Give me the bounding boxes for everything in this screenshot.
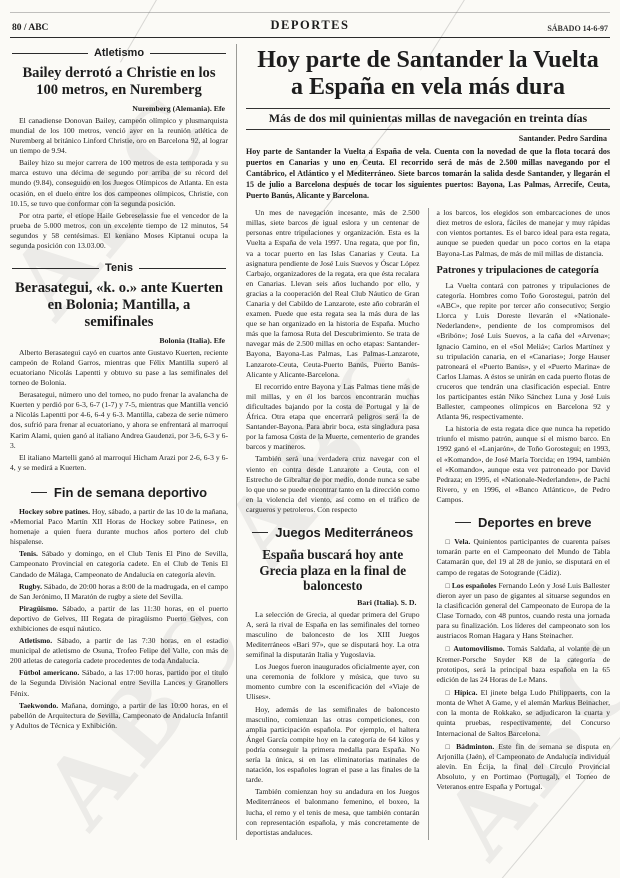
article-crosshead: Patrones y tripulaciones de categoría	[437, 265, 611, 277]
article-body: La selección de Grecia, al quedar primer…	[246, 610, 420, 838]
article-body: El canadiense Donovan Bailey, campeón ol…	[10, 116, 228, 251]
brief-lead: Los españoles	[452, 581, 497, 590]
agenda-item: Piragüismo. Sábado, a partir de las 11:3…	[10, 604, 228, 634]
issue-date: SÁBADO 14-6-97	[349, 24, 608, 33]
article-paragraph: a los barcos, los elegidos son embarcaci…	[437, 208, 611, 258]
brief-item: □ Bádminton. Este fin de semana se dispu…	[437, 742, 611, 793]
article-intro: Hoy parte de Santander la Vuelta a Españ…	[246, 146, 610, 201]
rule	[31, 492, 47, 493]
article-paragraph: Los Juegos fueron inaugurados oficialmen…	[246, 662, 420, 702]
brief-item: □ Los españoles Fernando León y José Lui…	[437, 581, 611, 642]
section-title-juegos: Juegos Mediterráneos	[246, 525, 420, 540]
article-paragraph: Por otra parte, el etíope Haile Gebresel…	[10, 211, 228, 251]
masthead: 80 / ABC DEPORTES SÁBADO 14-6-97	[10, 12, 610, 38]
rule	[12, 268, 99, 269]
article-atletismo: Atletismo Bailey derrotó a Christie en l…	[10, 47, 228, 251]
kicker-label: Atletismo	[94, 47, 144, 59]
agenda-item-text: Sábado y domingo, en el Club Tenis El Pi…	[10, 549, 228, 578]
article-paragraph: El canadiense Donovan Bailey, campeón ol…	[10, 116, 228, 156]
square-bullet-icon: □	[446, 743, 452, 751]
main-subhead: Más de dos mil quinientas millas de nave…	[248, 112, 608, 126]
article-headline: España buscará hoy ante Grecia plaza en …	[248, 547, 418, 594]
newspaper-page: ABC ABC ABC ABC 80 / ABC DEPORTES SÁBADO…	[0, 0, 620, 878]
brief-lead: Vela.	[454, 537, 470, 546]
square-bullet-icon: □	[446, 689, 451, 697]
article-subcolumn-left: Un mes de navegación incesante, más de 2…	[246, 208, 428, 840]
byline: Santander. Pedro Sardina	[249, 134, 607, 143]
article-tenis: Tenis Berasategui, «k. o.» ante Kuerten …	[10, 262, 228, 473]
kicker-label: Tenis	[105, 262, 133, 274]
right-column: Hoy parte de Santander la Vuelta a Españ…	[237, 44, 610, 840]
agenda-item: Rugby. Sábado, de 20:00 horas a 8:00 de …	[10, 582, 228, 602]
square-bullet-icon: □	[446, 582, 450, 590]
article-paragraph: El italiano Martelli ganó al marroquí Hi…	[10, 453, 228, 473]
section-title-fin-de-semana: Fin de semana deportivo	[10, 485, 228, 500]
section-label: Juegos Mediterráneos	[275, 525, 413, 540]
briefs-list: □ Vela. Quinientos participantes de cuar…	[437, 537, 611, 792]
agenda-item: Hockey sobre patines. Hoy, sábado, a par…	[10, 507, 228, 547]
page-content: Atletismo Bailey derrotó a Christie en l…	[10, 44, 610, 840]
dateline: Bari (Italia). S. D.	[249, 598, 417, 607]
dateline: Nuremberg (Alemania). Efe	[13, 104, 225, 113]
brief-lead: Hípica.	[454, 688, 477, 697]
agenda-item: Atletismo. Sábado, a partir de las 7:30 …	[10, 636, 228, 666]
page-number-label: 80 / ABC	[12, 23, 271, 33]
rule	[12, 53, 88, 54]
agenda-item: Fútbol americano. Sábado, a las 17:00 ho…	[10, 668, 228, 698]
section-deportes-en-breve: Deportes en breve □ Vela. Quinientos par…	[437, 515, 611, 792]
article-body: La Vuelta contará con patrones y tripula…	[437, 281, 611, 505]
agenda-item-sport: Atletismo.	[19, 636, 52, 645]
section-kicker-tenis: Tenis	[12, 262, 226, 274]
article-body: a los barcos, los elegidos son embarcaci…	[437, 208, 611, 258]
agenda-item-sport: Tenis.	[19, 549, 38, 558]
rule	[150, 53, 226, 54]
article-subcolumn-right: a los barcos, los elegidos son embarcaci…	[429, 208, 611, 840]
square-bullet-icon: □	[446, 538, 452, 546]
article-columns: Un mes de navegación incesante, más de 2…	[246, 208, 610, 840]
agenda-item-sport: Hockey sobre patines.	[19, 507, 90, 516]
section-title-breves: Deportes en breve	[437, 515, 611, 530]
article-paragraph: También será una verdadera cruz navegar …	[246, 454, 420, 515]
agenda-item-text: Sábado, de 20:00 horas a 8:00 de la madr…	[10, 582, 228, 601]
article-paragraph: Hoy, además de las semifinales de balonc…	[246, 705, 420, 786]
agenda-item: Taekwondo. Mañana, domingo, a partir de …	[10, 701, 228, 731]
square-bullet-icon: □	[446, 645, 451, 653]
section-label: Fin de semana deportivo	[54, 485, 207, 500]
subhead-block: Más de dos mil quinientas millas de nave…	[246, 108, 610, 130]
article-body: Un mes de navegación incesante, más de 2…	[246, 208, 420, 515]
section-kicker-atletismo: Atletismo	[12, 47, 226, 59]
main-headline: Hoy parte de Santander la Vuelta a Españ…	[250, 47, 606, 101]
section-fin-de-semana: Fin de semana deportivo Hockey sobre pat…	[10, 485, 228, 731]
brief-item: □ Vela. Quinientos participantes de cuar…	[437, 537, 611, 578]
article-paragraph: Alberto Berasategui cayó en cuartos ante…	[10, 348, 228, 388]
article-paragraph: Bailey hizo su mejor carrera de 100 metr…	[10, 158, 228, 208]
article-paragraph: El recorrido entre Bayona y Las Palmas t…	[246, 382, 420, 453]
rule	[252, 532, 268, 533]
section-label: Deportes en breve	[478, 515, 591, 530]
dateline: Bolonia (Italia). Efe	[13, 336, 225, 345]
article-headline: Berasategui, «k. o.» ante Kuerten en Bol…	[13, 280, 225, 331]
left-column: Atletismo Bailey derrotó a Christie en l…	[10, 44, 236, 840]
agenda-item-sport: Fútbol americano.	[19, 668, 79, 677]
rule	[455, 522, 471, 523]
agenda-item-sport: Taekwondo.	[19, 701, 58, 710]
article-paragraph: La Vuelta contará con patrones y tripula…	[437, 281, 611, 422]
brief-item: □ Hípica. El jinete belga Ludo Philippae…	[437, 688, 611, 739]
agenda-item-sport: Rugby.	[19, 582, 42, 591]
agenda-item: Tenis. Sábado y domingo, en el Club Teni…	[10, 549, 228, 579]
agenda-item-sport: Piragüismo.	[19, 604, 58, 613]
article-paragraph: También comienzan hoy su andadura en los…	[246, 787, 420, 837]
agenda-list: Hockey sobre patines. Hoy, sábado, a par…	[10, 507, 228, 731]
brief-lead: Bádminton.	[456, 742, 494, 751]
article-paragraph: Berasategui, número uno del torneo, no p…	[10, 390, 228, 451]
article-vuelta-vela: Hoy parte de Santander la Vuelta a Españ…	[246, 47, 610, 840]
article-body: Alberto Berasategui cayó en cuartos ante…	[10, 348, 228, 473]
article-paragraph: La selección de Grecia, al quedar primer…	[246, 610, 420, 660]
brief-item: □ Automovilismo. Tomás Saldaña, al volan…	[437, 644, 611, 685]
article-paragraph: La historia de esta regata dice que nunc…	[437, 424, 611, 505]
article-headline: Bailey derrotó a Christie en los 100 met…	[13, 65, 225, 99]
rule	[139, 268, 226, 269]
article-juegos-mediterraneos: Juegos Mediterráneos España buscará hoy …	[246, 525, 420, 838]
article-paragraph: Un mes de navegación incesante, más de 2…	[246, 208, 420, 380]
brief-lead: Automovilismo.	[453, 644, 504, 653]
section-title: DEPORTES	[271, 18, 350, 33]
